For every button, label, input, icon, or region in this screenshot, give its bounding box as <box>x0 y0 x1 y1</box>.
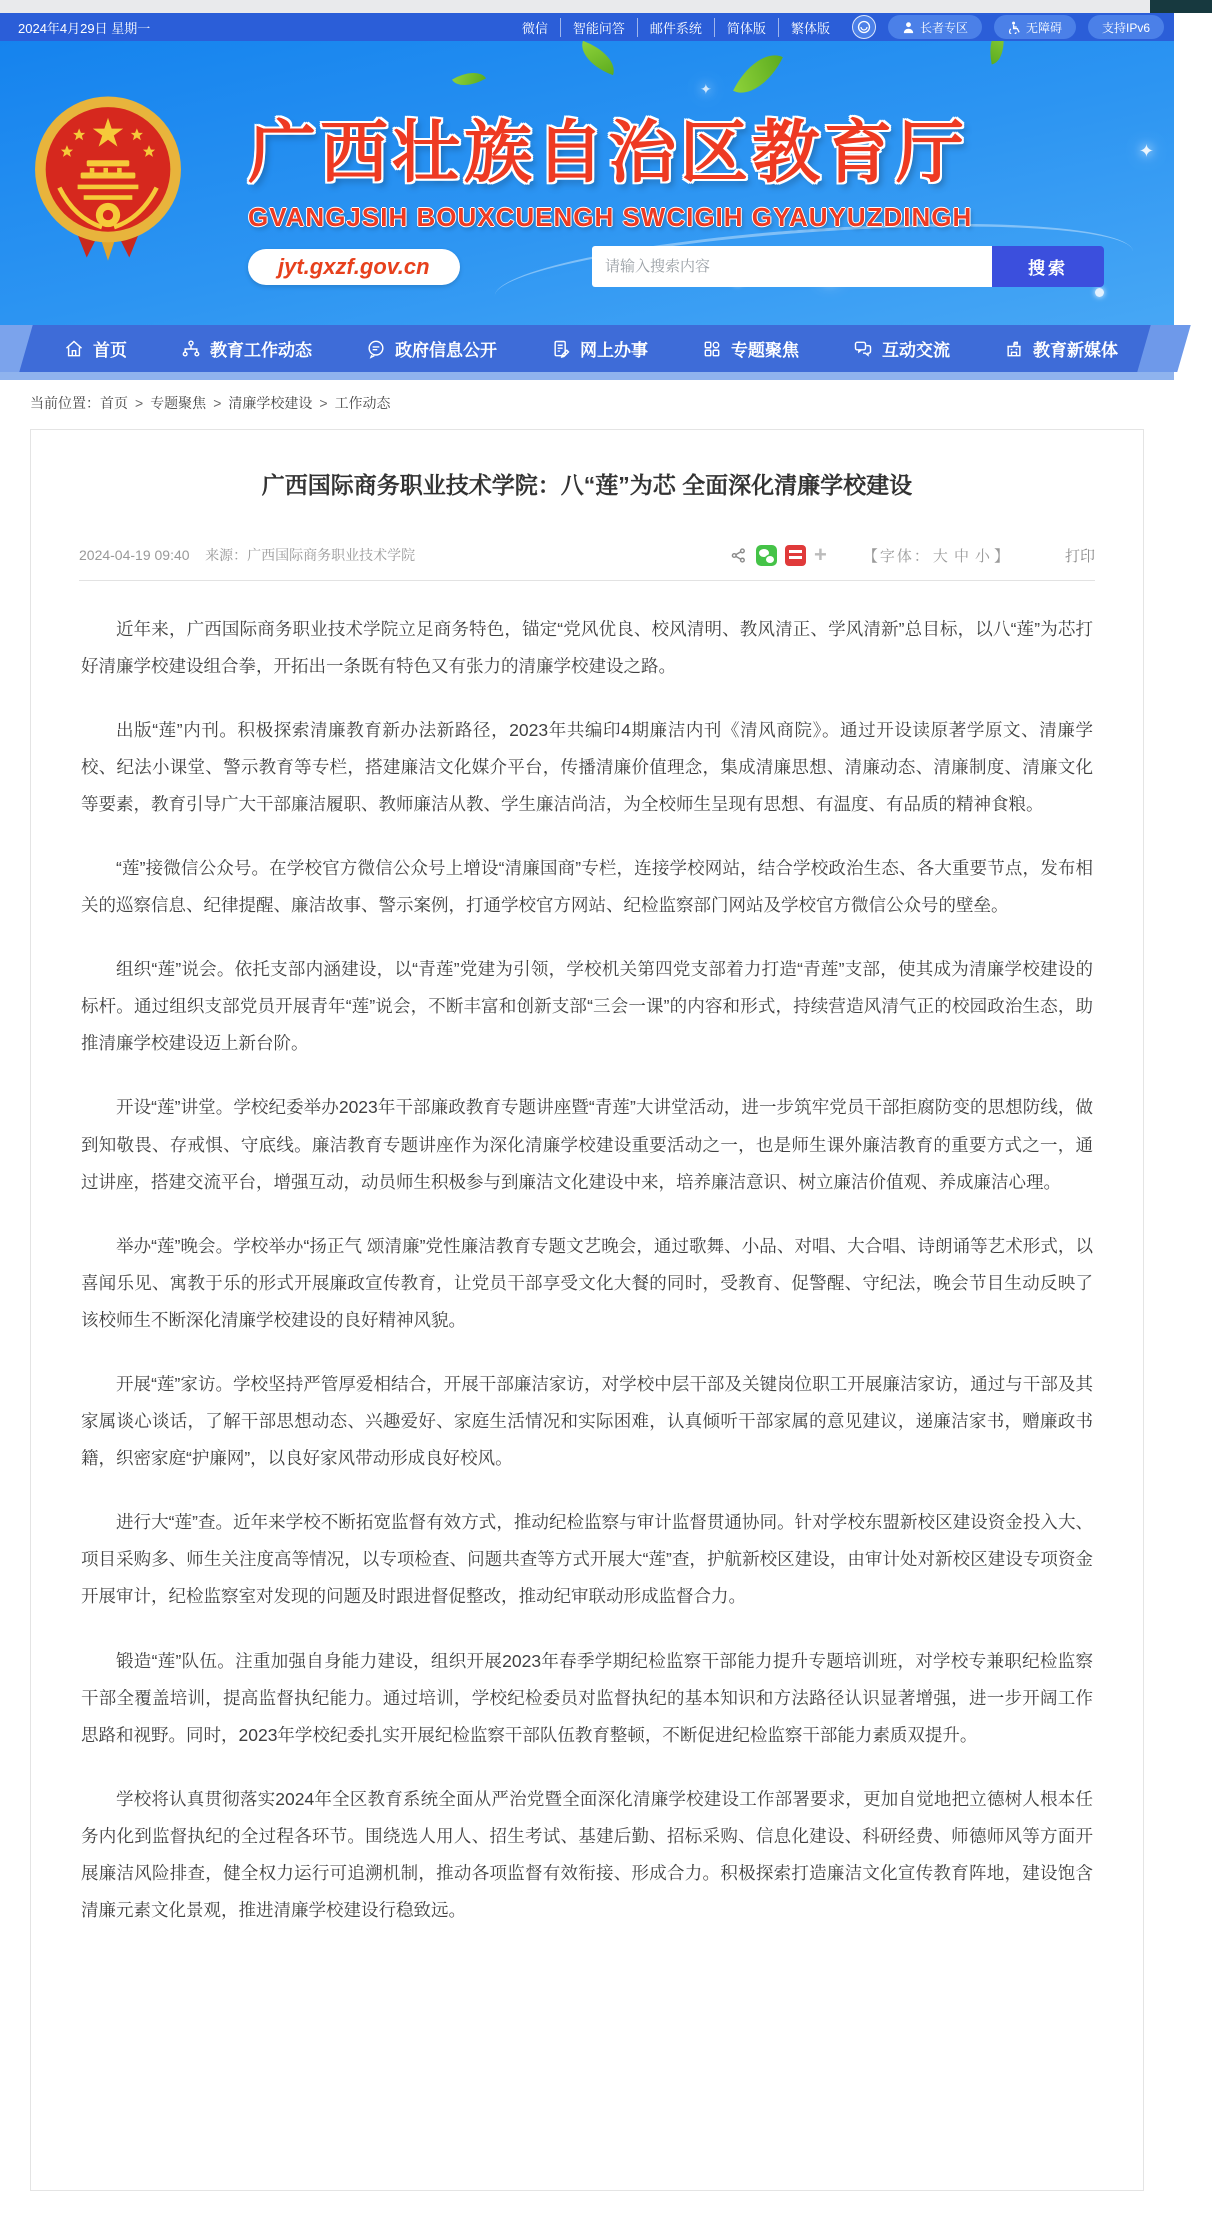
topbar-link[interactable]: 智能问答 <box>560 18 637 37</box>
breadcrumb-link[interactable]: 首页 <box>100 395 128 411</box>
light-dot <box>1095 288 1104 297</box>
browser-chrome-strip <box>0 0 1212 13</box>
article-body: 近年来，广西国际商务职业技术学院立足商务特色，锚定“党风优良、校风清明、教风清正… <box>79 581 1095 1930</box>
nav-accent-left <box>0 325 33 372</box>
top-info-bar: 2024年4月29日 星期一 微信智能问答邮件系统简体版繁体版 长者专区 无障碍… <box>0 13 1174 41</box>
sparkle-icon: ✦ <box>1139 141 1154 162</box>
site-title-zhuang: GVANGJSIH BOUXCUENGH SWCIGIH GYAUYUZDING… <box>248 202 972 233</box>
more-share-button[interactable]: + <box>814 545 827 565</box>
nav-item-new-media[interactable]: 教育新媒体 <box>1004 336 1118 361</box>
article-date: 2024-04-19 09:40 <box>79 547 190 563</box>
chat-icon <box>853 339 873 359</box>
font-size-widget: 【字体：大中小】 <box>863 545 1011 566</box>
article-paragraph: 锻造“莲”队伍。注重加强自身能力建设，组织开展2023年春季学期纪检监察干部能力… <box>81 1643 1093 1754</box>
home-icon <box>64 339 84 359</box>
topbar-links: 微信智能问答邮件系统简体版繁体版 长者专区 无障碍 支持IPv6 <box>510 15 1164 39</box>
topbar-link[interactable]: 邮件系统 <box>637 18 714 37</box>
breadcrumb-link[interactable]: 工作动态 <box>335 395 391 411</box>
nav-item-online-services[interactable]: 网上办事 <box>551 336 648 361</box>
topbar-link-group: 微信智能问答邮件系统简体版繁体版 <box>510 18 842 37</box>
org-chart-icon <box>181 339 201 359</box>
nav-bottom-strip <box>0 372 1174 380</box>
wechat-share-icon[interactable] <box>756 545 777 566</box>
breadcrumb-link[interactable]: 清廉学校建设 <box>228 395 312 411</box>
article-paragraph: 举办“莲”晚会。学校举办“扬正气 颂清廉”党性廉洁教育专题文艺晚会，通过歌舞、小… <box>81 1228 1093 1339</box>
breadcrumb: 当前位置：首页>专题聚焦>清廉学校建设>工作动态 <box>0 380 1174 423</box>
article-paragraph: 开设“莲”讲堂。学校纪委举办2023年干部廉政教育专题讲座暨“青莲”大讲堂活动，… <box>81 1089 1093 1200</box>
grid-icon <box>702 339 722 359</box>
national-emblem <box>32 93 184 261</box>
article-container: 广西国际商务职业技术学院：八“莲”为芯 全面深化清廉学校建设 2024-04-1… <box>30 429 1144 2191</box>
accessibility-button[interactable]: 无障碍 <box>994 15 1076 39</box>
article-paragraph: 近年来，广西国际商务职业技术学院立足商务特色，锚定“党风优良、校风清明、教风清正… <box>81 611 1093 685</box>
site-banner: ✦ ✦ ✦ <box>0 41 1174 325</box>
font-size-option[interactable]: 小 <box>973 548 994 565</box>
nav-item-gov-info[interactable]: 政府信息公开 <box>366 336 497 361</box>
comment-icon <box>366 339 386 359</box>
ipv6-badge[interactable]: 支持IPv6 <box>1088 15 1164 39</box>
article-date-source: 2024-04-19 09:40 来源：广西国际商务职业技术学院 <box>79 545 415 565</box>
print-button[interactable]: 打印 <box>1065 545 1095 566</box>
nav-item-special-topics[interactable]: 专题聚焦 <box>702 336 799 361</box>
portal-badge-icon[interactable] <box>852 15 876 39</box>
font-size-option[interactable]: 中 <box>952 548 973 565</box>
nav-item-home[interactable]: 首页 <box>64 336 127 361</box>
building-icon <box>1004 339 1024 359</box>
main-navigation: 首页 教育工作动态 政府信息公开 网上办事 专题聚焦 互动交流 <box>0 325 1174 380</box>
wheelchair-icon <box>1008 21 1021 34</box>
breadcrumb-label: 当前位置： <box>30 395 100 411</box>
leaf-decoration-icon <box>452 65 486 94</box>
article-paragraph: “莲”接微信公众号。在学校官方微信公众号上增设“清廉国商”专栏，连接学校网站，结… <box>81 850 1093 924</box>
article-paragraph: 出版“莲”内刊。积极探索清廉教育新办法新路径，2023年共编印4期廉洁内刊《清风… <box>81 712 1093 823</box>
nav-accent-right <box>1137 325 1190 372</box>
font-size-option[interactable]: 大 <box>931 548 952 565</box>
leaf-decoration-icon <box>985 41 1010 64</box>
search-box: 搜索 <box>592 246 1104 287</box>
site-title: 广西壮族自治区教育厅 <box>248 99 972 196</box>
leaf-decoration-icon <box>733 44 783 104</box>
topbar-link[interactable]: 简体版 <box>714 18 778 37</box>
current-date: 2024年4月29日 星期一 <box>18 18 150 37</box>
search-button[interactable]: 搜索 <box>992 246 1104 287</box>
document-pen-icon <box>551 339 571 359</box>
site-url-pill: jyt.gxzf.gov.cn <box>248 249 460 285</box>
share-icon[interactable] <box>728 545 748 565</box>
article-paragraph: 进行大“莲”查。近年来学校不断拓宽监督有效方式，推动纪检监察与审计监督贯通协同。… <box>81 1504 1093 1615</box>
article-source: 来源：广西国际商务职业技术学院 <box>205 547 415 563</box>
leaf-decoration-icon <box>575 41 620 75</box>
sparkle-icon: ✦ <box>700 81 712 98</box>
breadcrumb-trail: 首页>专题聚焦>清廉学校建设>工作动态 <box>100 395 391 411</box>
article-paragraph: 开展“莲”家访。学校坚持严管厚爱相结合，开展干部廉洁家访，对学校中层干部及关键岗… <box>81 1366 1093 1477</box>
article-meta: 2024-04-19 09:40 来源：广西国际商务职业技术学院 + 【字体：大… <box>79 545 1095 581</box>
topbar-link[interactable]: 微信 <box>510 18 560 37</box>
nav-item-interaction[interactable]: 互动交流 <box>853 336 950 361</box>
chrome-dark-corner <box>1150 0 1212 13</box>
article-paragraph: 学校将认真贯彻落实2024年全区教育系统全面从严治党暨全面深化清廉学校建设工作部… <box>81 1781 1093 1929</box>
font-size-options: 大中小 <box>931 548 994 565</box>
person-icon <box>902 21 915 34</box>
toutiao-share-icon[interactable] <box>785 545 806 566</box>
elder-zone-button[interactable]: 长者专区 <box>888 15 982 39</box>
nav-item-edu-news[interactable]: 教育工作动态 <box>181 336 312 361</box>
topbar-link[interactable]: 繁体版 <box>778 18 842 37</box>
breadcrumb-link[interactable]: 专题聚焦 <box>150 395 206 411</box>
article-title: 广西国际商务职业技术学院：八“莲”为芯 全面深化清廉学校建设 <box>79 468 1095 503</box>
article-paragraph: 组织“莲”说会。依托支部内涵建设，以“青莲”党建为引领，学校机关第四党支部着力打… <box>81 951 1093 1062</box>
search-input[interactable] <box>592 246 992 287</box>
